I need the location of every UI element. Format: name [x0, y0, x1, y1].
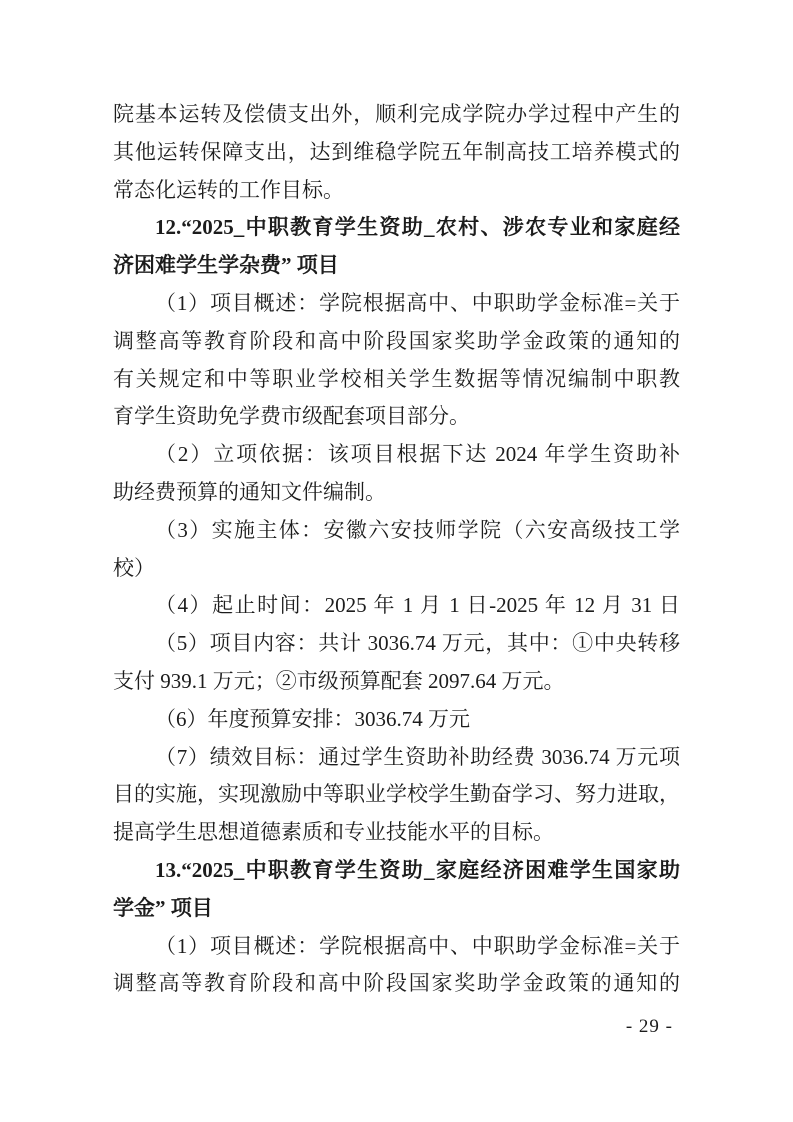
- text-line: 调整高等教育阶段和高中阶段国家奖助学金政策的通知的: [113, 965, 680, 1003]
- text-line: 有关规定和中等职业学校相关学生数据等情况编制中职教: [113, 361, 680, 399]
- text-line: （1）项目概述：学院根据高中、中职助学金标准=关于: [113, 928, 680, 966]
- section-13-heading-line-2: 学金” 项目: [113, 890, 680, 928]
- section-12-heading-line-2: 济困难学生学杂费” 项目: [113, 247, 680, 285]
- text-line: （1）项目概述：学院根据高中、中职助学金标准=关于: [113, 285, 680, 323]
- document-page: 院基本运转及偿债支出外，顺利完成学院办学过程中产生的 其他运转保障支出，达到维稳…: [0, 0, 793, 1122]
- text-line: 校）: [113, 550, 680, 588]
- text-line: （5）项目内容：共计 3036.74 万元，其中：①中央转移: [113, 625, 680, 663]
- section-12-heading-line-1: 12.“2025_中职教育学生资助_农村、涉农专业和家庭经: [113, 209, 680, 247]
- text-line: 支付 939.1 万元；②市级预算配套 2097.64 万元。: [113, 663, 680, 701]
- text-line: 提高学生思想道德素质和专业技能水平的目标。: [113, 814, 680, 852]
- text-line: （6）年度预算安排：3036.74 万元: [113, 701, 680, 739]
- text-line: （7）绩效目标：通过学生资助补助经费 3036.74 万元项: [113, 739, 680, 777]
- text-line: 调整高等教育阶段和高中阶段国家奖助学金政策的通知的: [113, 323, 680, 361]
- document-text-block: 院基本运转及偿债支出外，顺利完成学院办学过程中产生的 其他运转保障支出，达到维稳…: [113, 96, 680, 1003]
- text-line: 常态化运转的工作目标。: [113, 172, 680, 210]
- text-line: 目的实施，实现激励中等职业学校学生勤奋学习、努力进取，: [113, 776, 680, 814]
- text-line: 育学生资助免学费市级配套项目部分。: [113, 398, 680, 436]
- page-number: - 29 -: [113, 1014, 673, 1040]
- text-line: 助经费预算的通知文件编制。: [113, 474, 680, 512]
- section-13-heading-line-1: 13.“2025_中职教育学生资助_家庭经济困难学生国家助: [113, 852, 680, 890]
- text-line: （3）实施主体：安徽六安技师学院（六安高级技工学: [113, 512, 680, 550]
- text-line: 院基本运转及偿债支出外，顺利完成学院办学过程中产生的: [113, 96, 680, 134]
- text-line: 其他运转保障支出，达到维稳学院五年制高技工培养模式的: [113, 134, 680, 172]
- text-line: （4）起止时间：2025 年 1 月 1 日-2025 年 12 月 31 日: [113, 587, 680, 625]
- text-line: （2）立项依据：该项目根据下达 2024 年学生资助补: [113, 436, 680, 474]
